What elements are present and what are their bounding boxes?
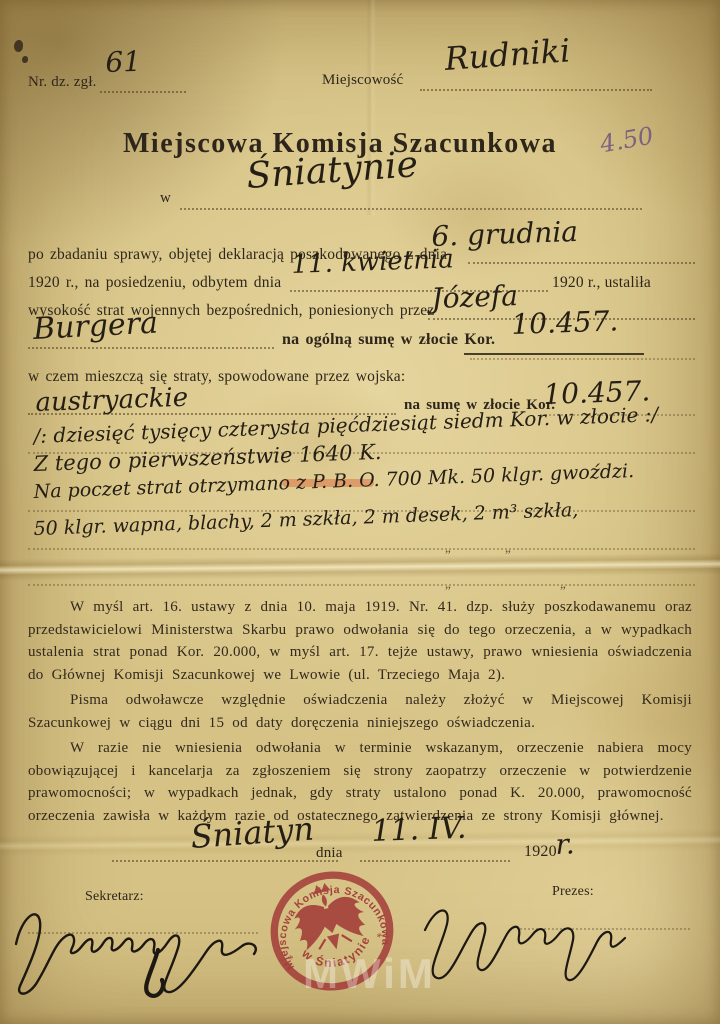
- dotted-line: [28, 548, 695, 550]
- session-line: 1920 r., na posiedzeniu, odbytem dnia: [28, 274, 281, 292]
- armies-line: w czem mieszczą się straty, spowodowane …: [28, 368, 405, 386]
- victim-first-name: Józefa: [431, 279, 519, 315]
- ditto-mark: „: [505, 540, 511, 556]
- fold-crease: [0, 553, 720, 581]
- victim-surname: Burgera: [32, 306, 159, 347]
- dotted-line: [470, 358, 695, 360]
- ditto-mark: „: [445, 540, 451, 556]
- ink-speck: [14, 40, 23, 52]
- total-sum-label: na ogólną sumę w złocie Kor.: [282, 331, 495, 349]
- total-sum-value: 10.457.: [511, 304, 619, 341]
- dotted-line: [420, 89, 652, 91]
- pencil-note: 4.50: [598, 122, 655, 159]
- registry-number-label: Nr. dz. zgł.: [28, 74, 97, 91]
- dotted-line: [360, 860, 510, 862]
- president-signature: [415, 888, 630, 992]
- seat-prefix: w: [160, 190, 171, 207]
- dotted-line: [112, 860, 338, 862]
- dotted-line: [468, 262, 695, 264]
- registry-number-value: 61: [105, 45, 142, 79]
- secretary-signature: [8, 892, 270, 1004]
- note-line-3: 50 klgr. wapna, blachy, 2 m szkła, 2 m d…: [33, 499, 578, 540]
- legal-paragraph-3: W razie nie wniesienia odwołania w termi…: [28, 737, 692, 827]
- dateline-date: 11. IV.: [371, 811, 467, 849]
- locality-label: Miejscowość: [322, 72, 403, 89]
- ditto-mark: „: [445, 576, 451, 592]
- ink-speck: [22, 56, 28, 63]
- solid-underline: [464, 353, 644, 355]
- dotted-line: [180, 208, 642, 210]
- official-round-stamp: Miejscowa Komisja Szacunkowa w Śniatynie…: [255, 856, 409, 1005]
- dotted-line: [28, 347, 274, 349]
- locality-value: Rudniki: [443, 31, 571, 78]
- dotted-line: [28, 584, 695, 586]
- session-date-value: 11. kwietnia: [291, 244, 454, 280]
- dateline-year: 1920: [524, 843, 557, 861]
- legal-text-block: W myśl art. 16. ustawy z dnia 10. maja 1…: [28, 596, 692, 830]
- dateline-year-suffix: r.: [555, 827, 575, 861]
- ditto-mark: „: [560, 576, 566, 592]
- dotted-line: [100, 91, 186, 93]
- legal-paragraph-2: Pisma odwoławcze względnie oświadczenia …: [28, 689, 692, 734]
- session-line-end: 1920 r., ustaliła: [552, 274, 651, 292]
- dateline-place: Śniatyn: [189, 809, 315, 856]
- scanned-document: Nr. dz. zgł. 61 Miejscowość Rudniki Miej…: [0, 0, 720, 1024]
- fold-crease-light: [0, 829, 720, 857]
- legal-paragraph-1: W myśl art. 16. ustawy z dnia 10. maja 1…: [28, 596, 692, 686]
- dateline-day-label: dnia: [316, 845, 343, 862]
